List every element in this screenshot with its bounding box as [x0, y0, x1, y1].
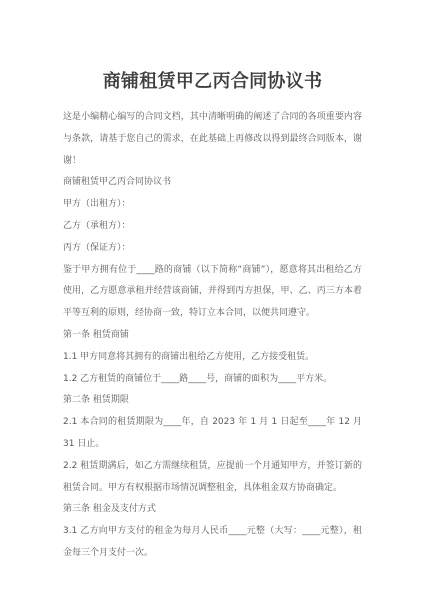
party-c-line: 丙方（保证方）：	[63, 238, 362, 260]
clause-2-1: 2.1 本合同的租赁期限为____年，自 2023 年 1 月 1 日起至___…	[63, 412, 362, 456]
party-b-line: 乙方（承租方）：	[63, 216, 362, 238]
clause-2-2: 2.2 租赁期满后，如乙方需继续租赁，应提前一个月通知甲方，并签订新的租赁合同。…	[63, 456, 362, 500]
contract-document-page: 商铺租赁甲乙丙合同协议书 这是小编精心编写的合同文档，其中清晰明确的阐述了合同的…	[0, 0, 424, 600]
contract-subtitle: 商铺租赁甲乙丙合同协议书	[63, 172, 362, 194]
article-1-heading: 第一条 租赁商铺	[63, 325, 362, 347]
clause-3-1: 3.1 乙方向甲方支付的租金为每月人民币____元整（大写：____元整），租金…	[63, 521, 362, 565]
preamble-paragraph: 鉴于甲方拥有位于____路的商铺（以下简称“商铺”），愿意将其出租给乙方使用，乙…	[63, 260, 362, 325]
party-a-line: 甲方（出租方）：	[63, 194, 362, 216]
article-2-heading: 第二条 租赁期限	[63, 390, 362, 412]
document-title: 商铺租赁甲乙丙合同协议书	[63, 70, 362, 94]
clause-1-2: 1.2 乙方租赁的商铺位于____路____号，商铺的面积为____平方米。	[63, 369, 362, 391]
editor-note-paragraph: 这是小编精心编写的合同文档，其中清晰明确的阐述了合同的各项重要内容与条款，请基于…	[63, 107, 362, 172]
clause-1-1: 1.1 甲方同意将其拥有的商铺出租给乙方使用，乙方接受租赁。	[63, 347, 362, 369]
article-3-heading: 第三条 租金及支付方式	[63, 499, 362, 521]
